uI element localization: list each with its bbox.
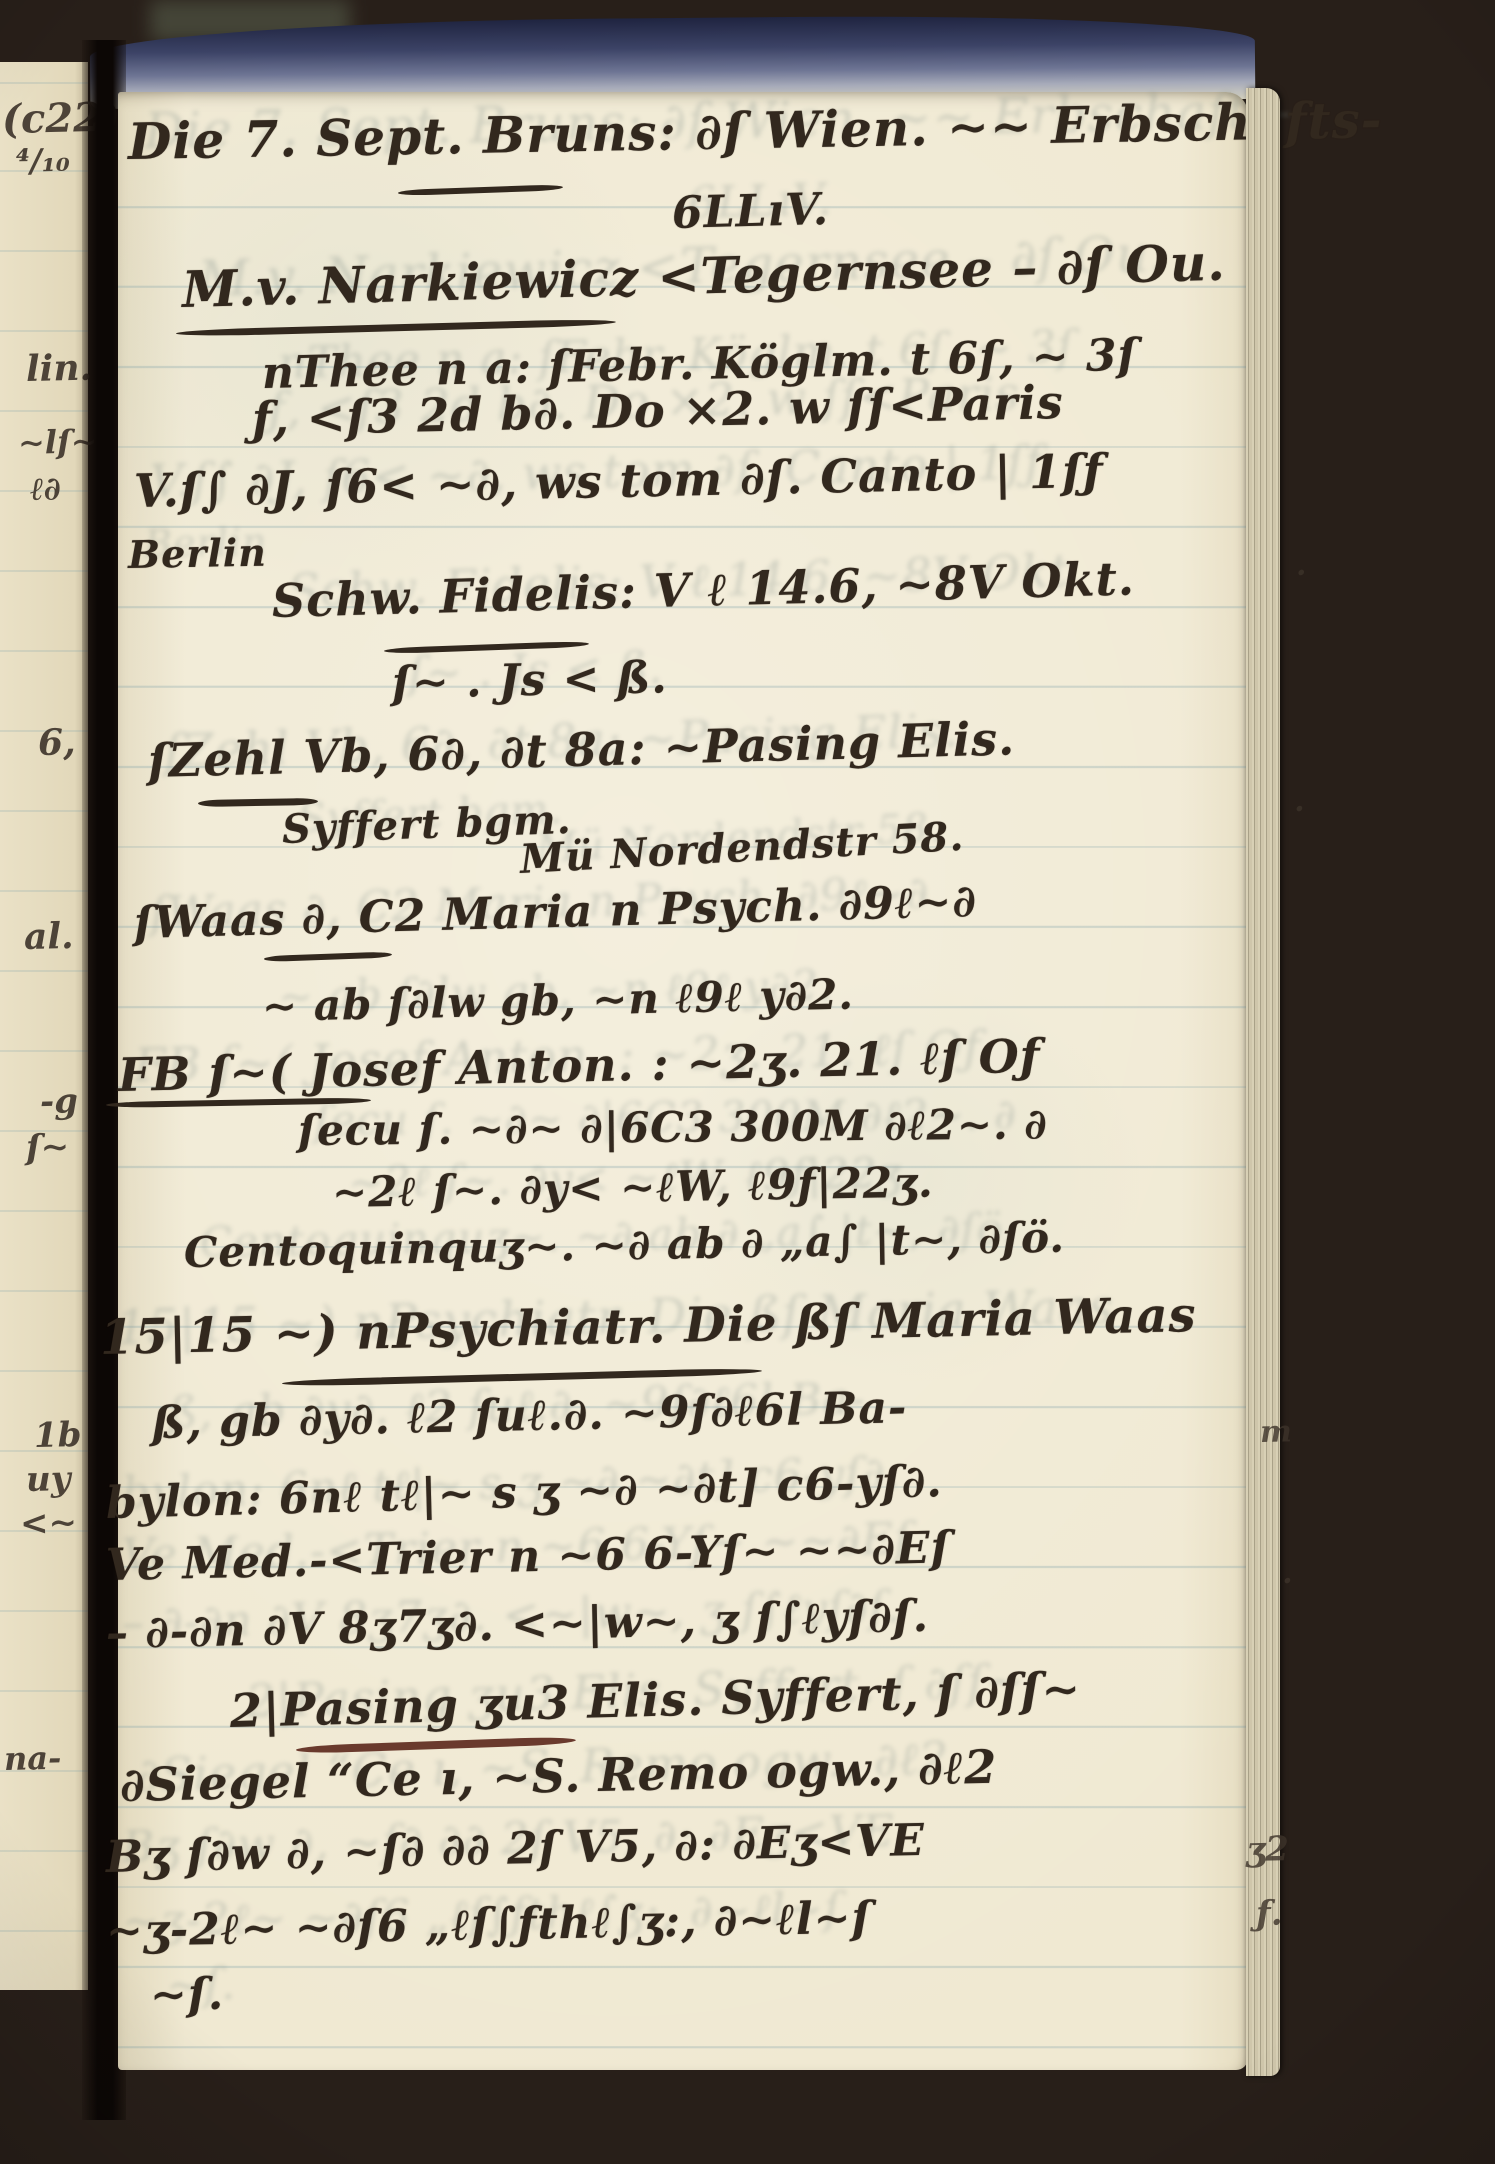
left-page-fragment: ⁴/₁₀ (16, 141, 71, 180)
left-page-fragment: 6, (38, 721, 76, 764)
left-page-fragment: al. (24, 915, 74, 958)
right-edge-fragment: ʒ2 (1246, 1829, 1290, 1870)
handwriting-line: ∼2ℓ ſ∼. ∂y< ∼ℓW, ℓ9ƒ|22ʒ. (332, 1158, 934, 1218)
left-page-fragment: na- (4, 1739, 62, 1778)
left-page-fragment: ſ∼ (26, 1127, 70, 1168)
left-page-fragment: -g (40, 1081, 79, 1122)
left-page-fragment: 1b (34, 1415, 82, 1456)
right-edge-fragment: ƒ. (1256, 1893, 1283, 1934)
page-stack-edge (1246, 88, 1280, 2076)
right-edge-fragment: . (1294, 784, 1305, 819)
left-page-fragment: ℓ∂ (30, 469, 62, 508)
photographed-notebook-scene: (c22)⁴/₁₀lin.∼lſ∼ℓ∂6,al.-gſ∼1buy<∼na- Di… (0, 0, 1495, 2164)
right-edge-fragment: m (1260, 1414, 1292, 1450)
handwriting-line: ſecu ſ. ∼∂∼ ∂|6C3 300M ∂ℓ2∼. ∂ (298, 1099, 1048, 1156)
notebook-page: Die 7. Sept. Bruns: ∂ſ Wien. ∼∼ Erbschaf… (118, 92, 1248, 2070)
handwriting-line: ſ∼ . Js < ß. (391, 652, 668, 709)
left-page-fragment: <∼ (20, 1503, 78, 1544)
handwriting-line: Berlin (128, 530, 268, 577)
right-edge-fragment: · (1296, 556, 1307, 591)
handwriting-line: 6LLıV. (671, 184, 829, 239)
left-page-fragment: uy (26, 1459, 71, 1500)
handwriting-line: ∼ſ. (150, 1969, 225, 2021)
previous-page-edge: (c22)⁴/₁₀lin.∼lſ∼ℓ∂6,al.-gſ∼1buy<∼na- (0, 62, 88, 1990)
right-edge-fragment: . (1282, 1556, 1293, 1591)
